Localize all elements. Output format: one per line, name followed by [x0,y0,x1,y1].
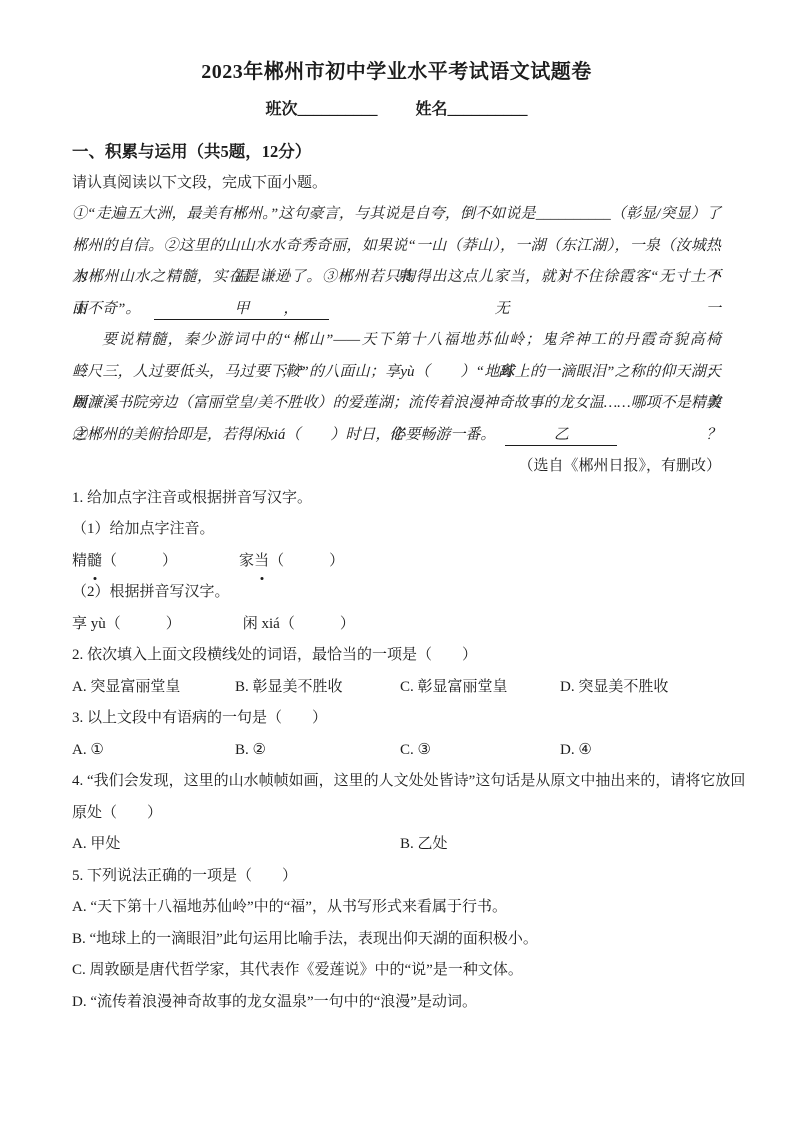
q4-options-row: A. 甲处 B. 乙处 [72,829,721,861]
q2-option-c: C. 彰显富丽堂皇 [400,672,560,704]
q3-option-c: C. ③ [400,735,560,767]
word-jiadang-paren: （ ） [269,553,344,569]
q1-sub1-label: （1）给加点字注音。 [72,514,721,546]
q1-sub1-answer-row: 精髓（ ）家当（ ） [72,546,721,578]
student-info-row: 班次__________姓名__________ [72,98,721,122]
page-title: 2023年郴州市初中学业水平考试语文试题卷 [72,54,721,90]
q3-option-a: A. ① [72,735,235,767]
passage-p2-line3: 颐濂溪书院旁边（富丽堂皇/美不胜收）的爱莲湖；流传着浪漫神奇故事的龙女温……哪项… [72,388,721,420]
word-jingsui-paren: （ ） [102,553,177,569]
word-jiadang: 家当（ ） [239,553,344,569]
class-field-blank: __________ [298,101,378,118]
exam-paper-page: 2023年郴州市初中学业水平考试语文试题卷 班次__________姓名____… [0,0,793,1122]
passage-p1-line3: 为郴州山水之精髓，实在是谦逊了。③郴州若只掏得出这点儿家当，就对不住徐霞客“无寸… [72,262,721,294]
word-jingsui-pre: 精 [72,553,87,569]
q4-stem-line1: 4. “我们会发现，这里的山水帧帧如画，这里的人文处处皆诗”这句话是从原文中抽出… [72,766,721,798]
passage-p1-line1: ①“走遍五大洲，最美有郴州。”这句豪言，与其说是自夸，倒不如说是________… [72,199,721,231]
q5-stem: 5. 下列说法正确的一项是（ ） [72,861,721,893]
q4-option-a: A. 甲处 [72,829,400,861]
passage-source: （选自《郴州日报》，有删改） [72,451,721,483]
q2-option-d: D. 突显美不胜收 [560,672,721,704]
q2-options-row: A. 突显富丽堂皇 B. 彰显美不胜收 C. 彰显富丽堂皇 D. 突显美不胜收 [72,672,721,704]
q1-stem: 1. 给加点字注音或根据拼音写汉字。 [72,483,721,515]
q5-option-c: C. 周敦颐是唐代哲学家，其代表作《爱莲说》中的“说”是一种文体。 [72,955,721,987]
name-field: 姓名__________ [416,101,528,118]
q5-option-d: D. “流传着浪漫神奇故事的龙女温泉”一句中的“浪漫”是动词。 [72,987,721,1019]
word-jingsui-dotted-char: 髓 [87,546,102,578]
q5-option-b: B. “地球上的一滴眼泪”此句运用比喻手法，表现出仰天湖的面积极小。 [72,924,721,956]
word-jiadang-pre: 家 [239,553,254,569]
section-heading: 一、积累与运用（共5题，12分） [72,136,721,168]
q3-options-row: A. ① B. ② C. ③ D. ④ [72,735,721,767]
passage-p1-line2: 郴州的自信。②这里的山山水水奇秀奇丽，如果说“一山（莽山），一湖（东江湖），一泉… [72,231,721,263]
class-field: 班次__________ [265,101,377,118]
word-jiadang-dotted-char: 当 [254,546,269,578]
q1-sub2-label: （2）根据拼音写汉字。 [72,577,721,609]
name-field-blank: __________ [448,101,528,118]
q4-option-b: B. 乙处 [400,829,721,861]
passage-p1-last-text: 山不奇”。 [72,301,140,317]
exam-content: 一、积累与运用（共5题，12分） 请认真阅读以下文段，完成下面小题。 ①“走遍五… [72,136,721,1018]
q3-option-d: D. ④ [560,735,721,767]
class-field-label: 班次 [265,101,297,118]
word-xianxia: 闲 xiá（ ） [243,616,355,632]
name-field-label: 姓名 [416,101,448,118]
q3-option-b: B. ② [235,735,400,767]
q1-sub2-answer-row: 享 yù（ ）闲 xiá（ ） [72,609,721,641]
passage-p2-line1: 要说精髓，秦少游词中的“郴山”——天下第十八福地苏仙岭；鬼斧神工的丹霞奇貌高椅岭… [72,325,721,357]
q4-stem-line2: 原处（ ） [72,798,721,830]
blank-yi: 乙 [505,425,617,446]
q2-option-a: A. 突显富丽堂皇 [72,672,235,704]
word-jingsui: 精髓（ ） [72,553,177,569]
q2-option-b: B. 彰显美不胜收 [235,672,400,704]
blank-jia: 甲 [154,299,329,320]
passage-p2-last-text: ④郴州的美俯拾即是，若得闲xiá（ ）时日，必要畅游一番。 [72,427,495,443]
q3-stem: 3. 以上文段中有语病的一句是（ ） [72,703,721,735]
word-xiangyu: 享 yù（ ） [72,616,181,632]
intro-text: 请认真阅读以下文段，完成下面小题。 [72,168,721,200]
q5-option-a: A. “天下第十八福地苏仙岭”中的“福”，从书写形式来看属于行书。 [72,892,721,924]
q2-stem: 2. 依次填入上面文段横线处的词语，最恰当的一项是（ ） [72,640,721,672]
passage-p2-line2: 三尺三，人过要低头，马过要下鞍”的八面山；享yù（ ）“地球上的一滴眼泪”之称的… [72,357,721,389]
